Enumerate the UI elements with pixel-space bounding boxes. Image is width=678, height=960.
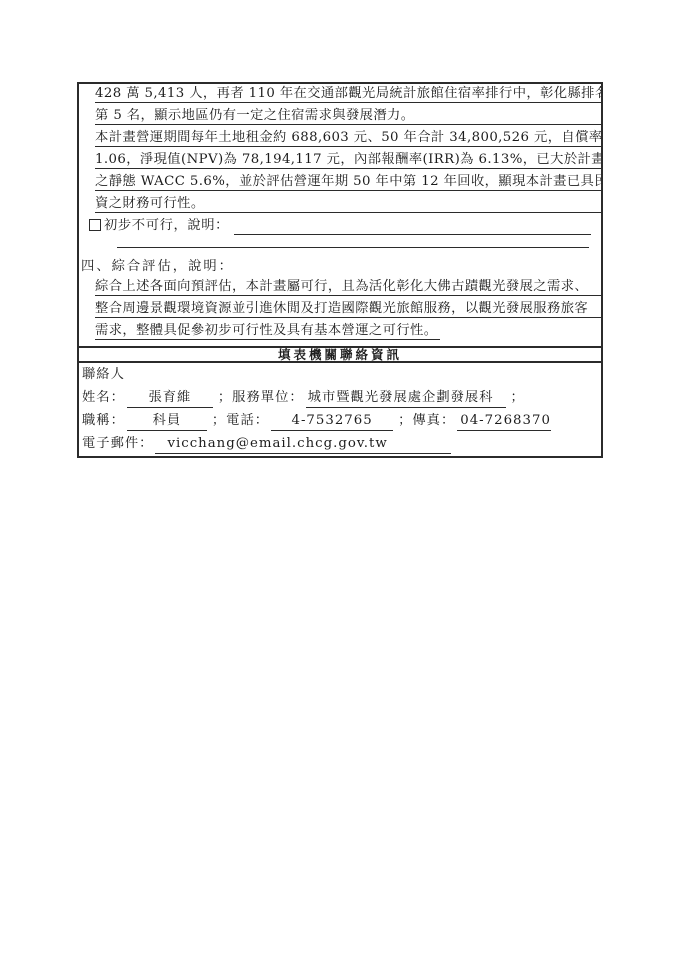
name-value: 張育維 [127,388,213,408]
title-value: 科員 [127,411,207,431]
not-feasible-option-line: 初步不可行，說明： [89,217,601,239]
financial-text-line-text: 之靜態 WACC 5.6%，並於評估營運年期 50 年中第 12 年回收，顯現本… [95,173,601,191]
fax-label: ；傳真： [398,411,455,431]
contact-email-line: 電子郵件：vicchang@email.chcg.gov.tw [82,434,597,456]
overall-evaluation-line-text: 需求，整體具促參初步可行性及具有基本營運之可行性。 [95,322,440,340]
financial-text-line-text: 1.06，淨現值(NPV)為 78,194,117 元，內部報酬率(IRR)為 … [95,151,601,169]
feasibility-text-line-text: 428 萬 5,413 人，再者 110 年在交通部觀光局統計旅館住宿率排行中，… [95,85,601,103]
contact-info-header-row: 填表機關聯絡資訊 [79,348,601,363]
contact-info-title: 填表機關聯絡資訊 [278,348,402,362]
unit-value: 城市暨觀光發展處企劃發展科 [306,388,506,408]
fax-value: 04-7268370 [457,411,551,431]
financial-text-line: 資之財務可行性。 [95,195,601,217]
overall-evaluation-line: 綜合上述各面向預評估，本計畫屬可行，且為活化彰化大佛古蹟觀光發展之需求、 [95,278,601,300]
unit-label: ；服務單位： [218,388,304,408]
contact-info-section: 聯絡人 姓名：張育維；服務單位：城市暨觀光發展處企劃發展科； 職稱：科員；電話：… [79,363,601,456]
email-value: vicchang@email.chcg.gov.tw [155,434,451,454]
overall-evaluation-line-text: 綜合上述各面向預評估，本計畫屬可行，且為活化彰化大佛古蹟觀光發展之需求、 [95,278,601,296]
feasibility-text-line: 第 5 名，顯示地區仍有一定之住宿需求與發展潛力。 [95,107,601,129]
email-label: 電子郵件： [82,434,153,454]
financial-text-line-text: 本計畫營運期間每年土地租金約 688,603 元、50 年合計 34,800,5… [95,129,601,147]
contact-title-phone-line: 職稱：科員；電話：4-7532765；傳真：04-7268370 [82,411,597,434]
not-feasible-label: 初步不可行，說明： [104,217,229,234]
financial-text-line: 之靜態 WACC 5.6%，並於評估營運年期 50 年中第 12 年回收，顯現本… [95,173,601,195]
feasibility-text-line-text: 第 5 名，顯示地區仍有一定之住宿需求與發展潛力。 [95,107,601,125]
document-page: 428 萬 5,413 人，再者 110 年在交通部觀光局統計旅館住宿率排行中，… [0,0,678,960]
explanation-blank-line [234,217,591,235]
overall-evaluation-line: 整合周邊景觀環境資源並引進休閒及打造國際觀光旅館服務，以觀光發展服務旅客 [95,300,601,322]
preliminary-feasibility-section: 428 萬 5,413 人，再者 110 年在交通部觀光局統計旅館住宿率排行中，… [79,84,601,348]
feasibility-text-line: 428 萬 5,413 人，再者 110 年在交通部觀光局統計旅館住宿率排行中，… [95,85,601,107]
overall-evaluation-line: 需求，整體具促參初步可行性及具有基本營運之可行性。 [95,322,601,344]
unit-suffix: ； [511,388,525,408]
not-feasible-checkbox [89,219,101,231]
overall-evaluation-line-text: 整合周邊景觀環境資源並引進休閒及打造國際觀光旅館服務，以觀光發展服務旅客 [95,300,601,318]
contact-person-line: 聯絡人 [82,365,597,388]
name-label: 姓名： [82,388,125,408]
phone-label: ；電話： [212,411,269,431]
financial-text-line: 1.06，淨現值(NPV)為 78,194,117 元，內部報酬率(IRR)為 … [95,151,601,173]
phone-value: 4-7532765 [271,411,393,431]
financial-text-line-text: 資之財務可行性。 [95,195,601,213]
title-label: 職稱： [82,411,125,431]
evaluation-form-table: 428 萬 5,413 人，再者 110 年在交通部觀光局統計旅館住宿率排行中，… [77,82,603,458]
explanation-blank-line-2 [117,239,589,248]
section4-heading: 四、綜合評估，說明： [81,256,601,278]
contact-person-label: 聯絡人 [82,365,125,385]
financial-text-line: 本計畫營運期間每年土地租金約 688,603 元、50 年合計 34,800,5… [95,129,601,151]
contact-name-line: 姓名：張育維；服務單位：城市暨觀光發展處企劃發展科； [82,388,597,411]
